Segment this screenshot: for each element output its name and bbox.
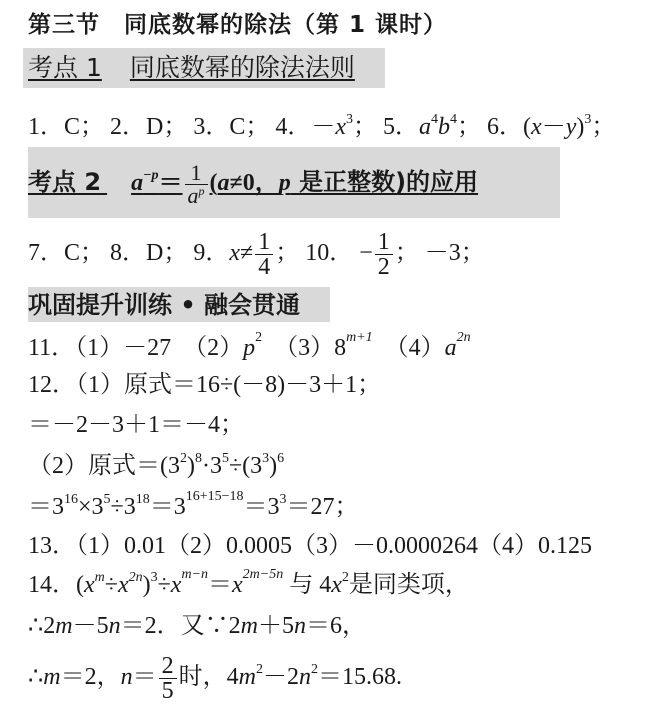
section-2-heading: 考点 2 a−p＝1ap(a≠0，p 是正整数)的应用	[28, 150, 478, 219]
answer-14-line-3: ∴m＝2，n＝25时，4m2－2n2＝15.68.	[28, 650, 402, 708]
answer-4: 4．－x3；	[275, 114, 377, 140]
answer-11-part-4: （4）a2n	[385, 335, 471, 361]
answer-12-line-2: ＝－2－3＋1＝－4；	[28, 410, 244, 440]
section-1-title: 同底数幂的除法法则	[130, 53, 355, 82]
answer-11: 11．（1）－27 （2）p2 （3）8m+1 （4）a2n	[28, 333, 471, 367]
answer-14-line-2: ∴2m－5n＝2．又∵2m＋5n＝6，	[28, 611, 366, 641]
answer-3: 3．C；	[193, 114, 269, 140]
answer-13: 13．（1）0.01（2）0.0005（3）－0.0000264（4）0.125	[28, 531, 592, 561]
answer-12-line-4: ＝316×35÷318＝316+15−18＝33＝27；	[28, 492, 359, 526]
answer-8: 8．D；	[110, 240, 187, 266]
answer-1: 1．C；	[28, 114, 104, 140]
answer-10: 10． −12； －3；	[305, 240, 485, 266]
formula-base: a	[131, 170, 143, 196]
answer-14-line-1: 14．(xm÷x2n)3÷xm−n＝x2m−5n 与 4x2是同类项，	[28, 570, 469, 604]
answer-11-part-1: （1）－27	[75, 335, 171, 361]
answers-1-6: 1．C； 2．D； 3．C； 4．－x3； 5．a4b4； 6．(x－y)3；	[28, 112, 615, 146]
section-1-heading: 考点 1同底数幂的除法法则	[28, 52, 355, 85]
page-title: 第三节 同底数幂的除法（第 1 课时）	[28, 8, 447, 42]
formula-exponent: −p	[143, 168, 158, 183]
section-3-heading: 巩固提升训练 • 融会贯通	[28, 288, 300, 322]
answer-12-line-1: 12．（1）原式＝16÷(－8)－3＋1；	[28, 370, 381, 400]
formula-condition: (a≠0，p 是正整数)的应用	[210, 170, 479, 196]
answer-7: 7．C；	[28, 240, 104, 266]
formula-fraction: 1ap	[185, 162, 208, 207]
answer-9: 9．x≠14；	[193, 240, 299, 266]
answer-11-part-2: （2）p2	[183, 335, 262, 361]
answers-7-10: 7．C； 8．D； 9．x≠14； 10． −12； －3；	[28, 226, 485, 280]
answer-6: 6．(x－y)3；	[487, 114, 615, 140]
answer-11-part-3: （3）8m+1	[274, 335, 373, 361]
section-1-label: 考点 1	[28, 53, 102, 82]
answer-5: 5．a4b4；	[383, 114, 481, 140]
answer-12-line-3: （2）原式＝(32)8·35÷(33)6	[28, 451, 284, 485]
answer-2: 2．D；	[110, 114, 187, 140]
section-2-label: 考点 2	[28, 168, 101, 196]
